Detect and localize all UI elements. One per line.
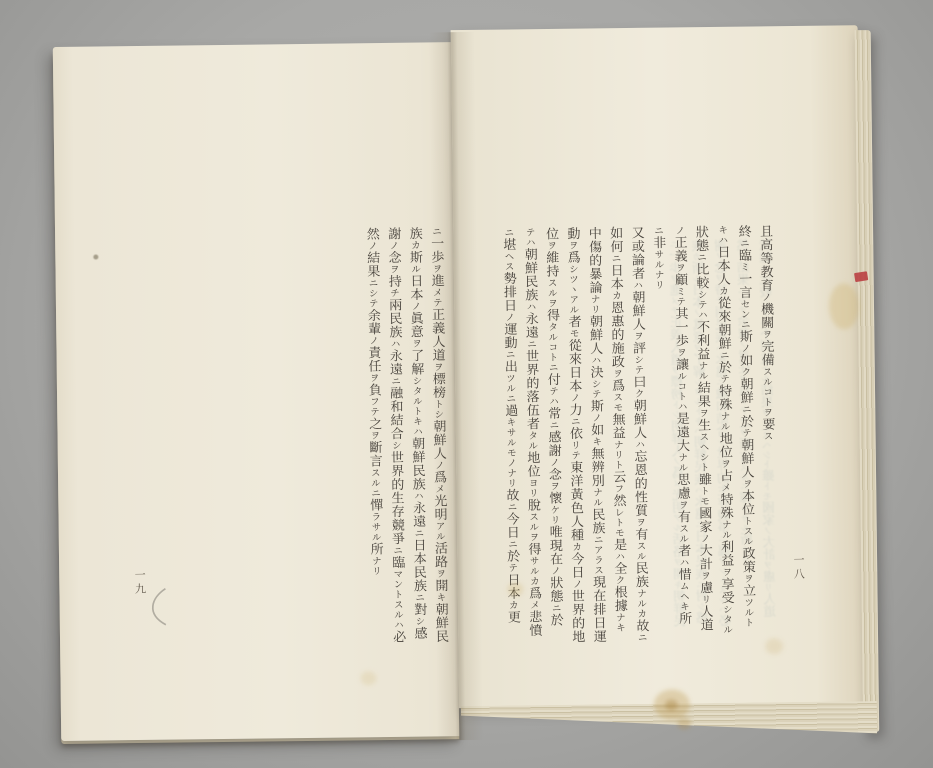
foxing-spot — [829, 283, 860, 329]
pencil-mark — [141, 586, 176, 630]
foxing-spot — [677, 717, 691, 729]
right-page: ニ一歩ヲ進メテ正義人道ヲ標榜トシ朝鮮人ノ爲メ光明アル活路ヲ開キ朝鮮民 族カ斯ル日… — [451, 25, 882, 750]
red-edge-mark — [854, 271, 868, 282]
left-page: ニ一歩ヲ進メテ正義人道ヲ標榜トシ朝鮮人ノ爲メ光明アル活路ヲ開キ朝鮮民 族カ斯ル日… — [53, 30, 460, 755]
book-spread: ニ一歩ヲ進メテ正義人道ヲ標榜トシ朝鮮人ノ爲メ光明アル活路ヲ開キ朝鮮民 族カ斯ル日… — [53, 25, 882, 755]
foxing-spot — [93, 254, 98, 259]
left-page-text-block: ニ一歩ヲ進メテ正義人道ヲ標榜トシ朝鮮人ノ爲メ光明アル活路ヲ開キ朝鮮民 族カ斯ル日… — [360, 226, 451, 663]
foxing-spot — [765, 638, 783, 654]
right-page-text-block: 且高等教育ノ機關ヲ完備スルコトヲ要ス 終ニ臨ミ一言センニ斯ノ如ク朝鮮ニ於テ朝鮮人… — [497, 224, 781, 663]
page-number-right: 一八 — [790, 554, 806, 582]
photo-background: ニ一歩ヲ進メテ正義人道ヲ標榜トシ朝鮮人ノ爲メ光明アル活路ヲ開キ朝鮮民 族カ斯ル日… — [0, 0, 933, 768]
foxing-spot — [665, 699, 678, 710]
